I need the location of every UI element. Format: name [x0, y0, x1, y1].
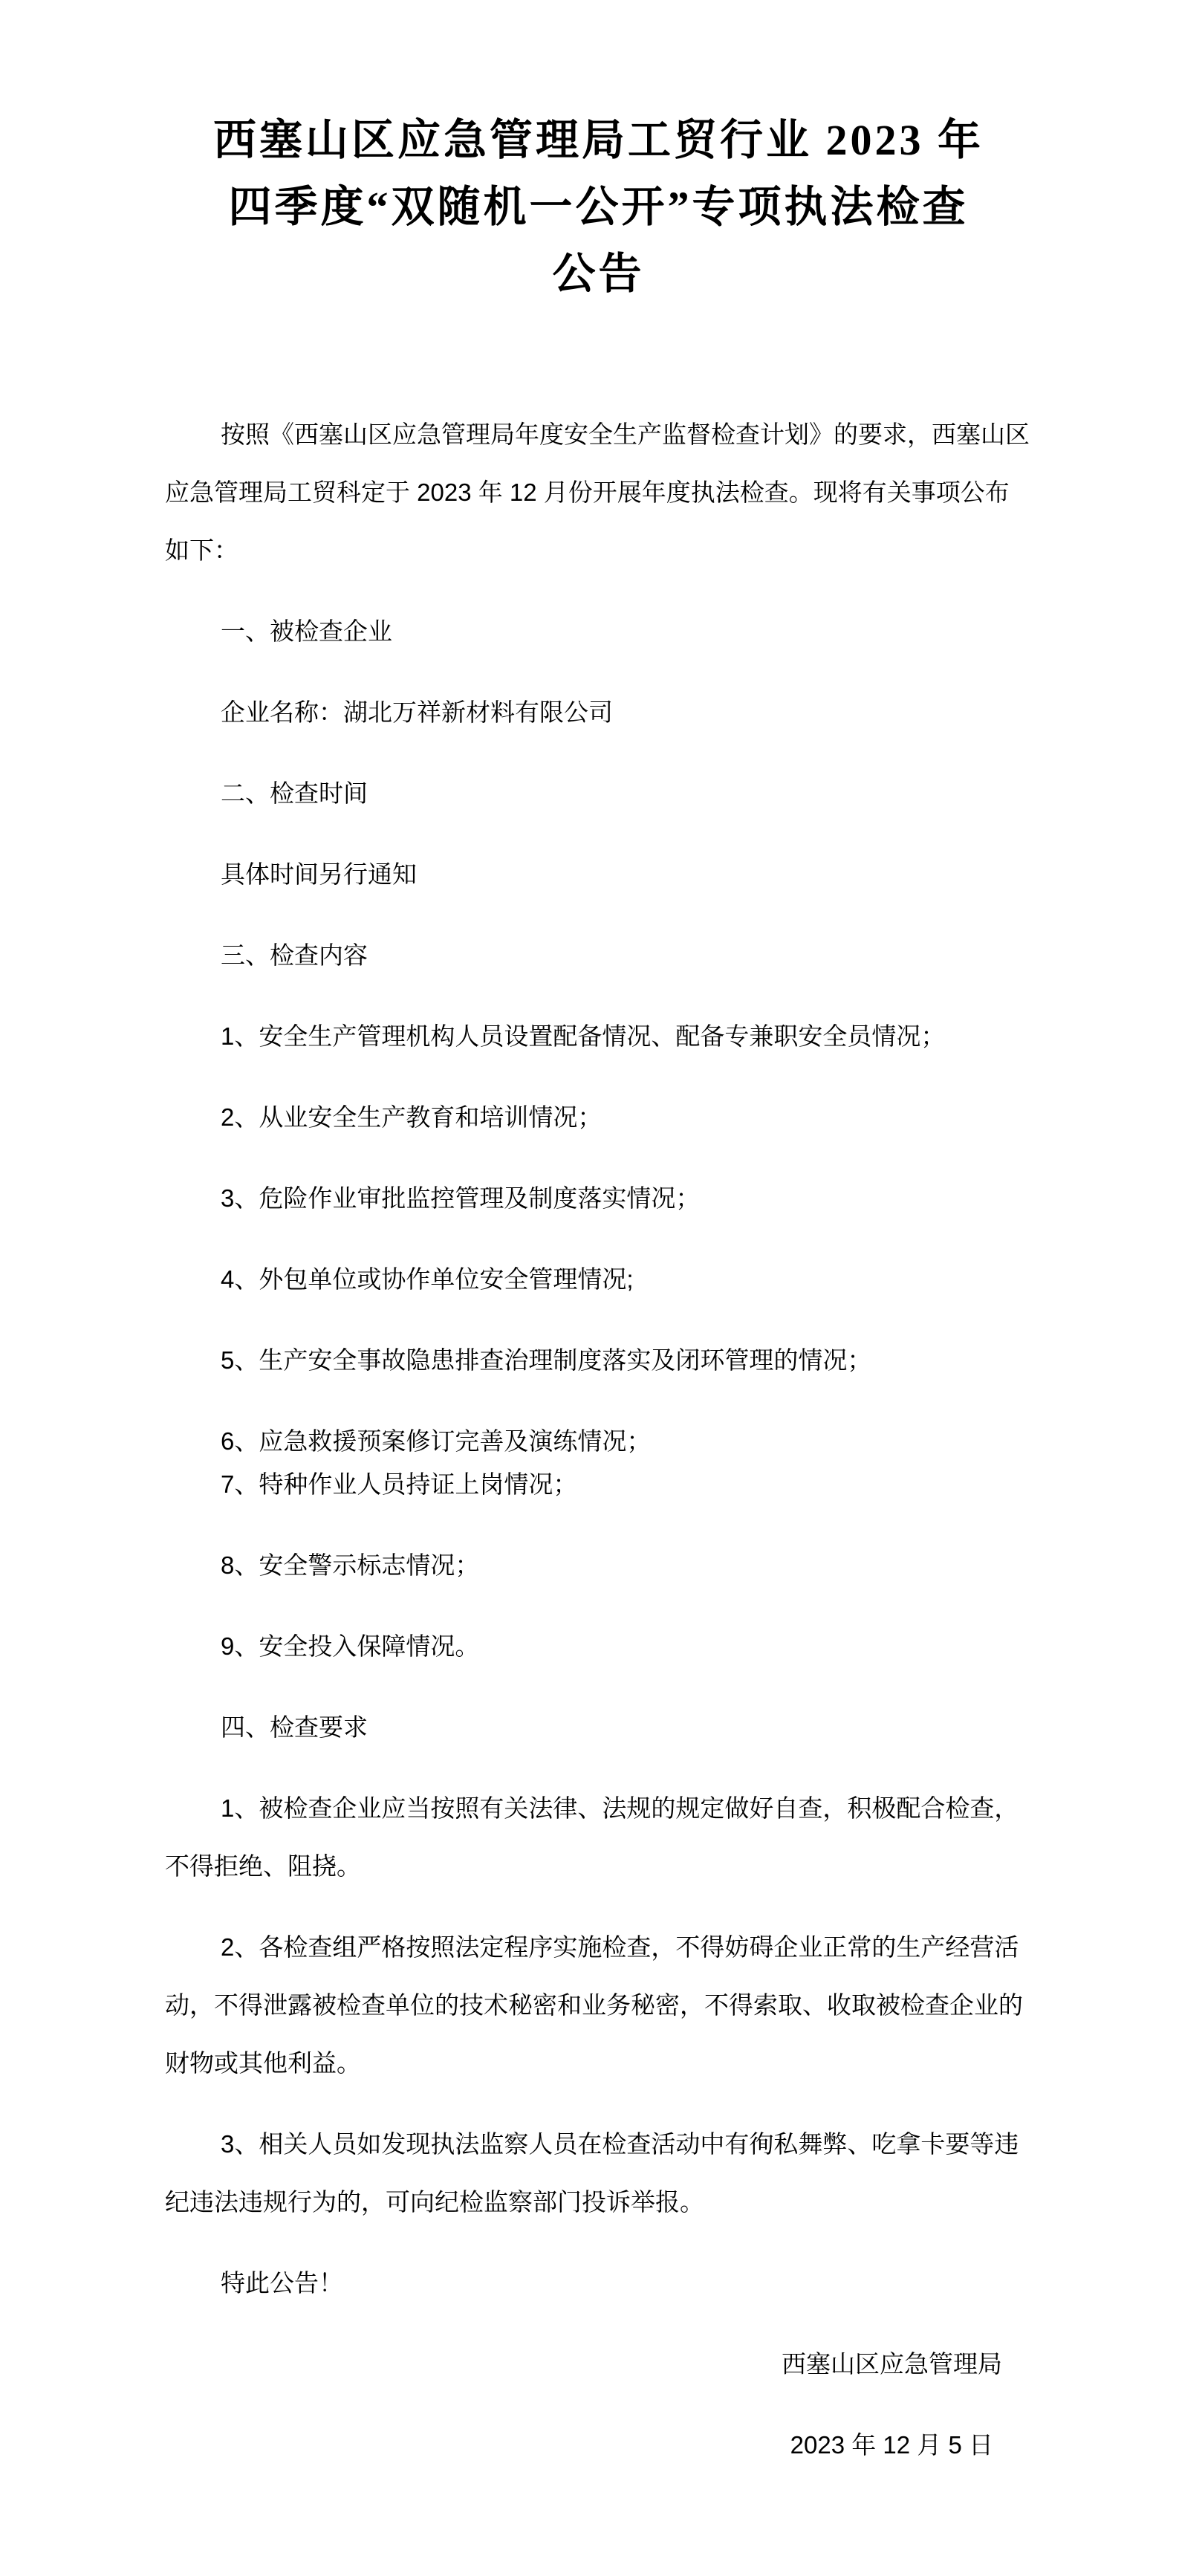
requirement-2: 2、各检查组严格按照法定程序实施检查，不得妨碍企业正常的生产经营活动，不得泄露被… — [165, 1918, 1032, 2092]
check-item-9: 9、安全投入保障情况。 — [165, 1618, 1032, 1675]
date: 2023 年 12 月 5 日 — [165, 2416, 993, 2474]
requirement-3: 3、相关人员如发现执法监察人员在检查活动中有徇私舞弊、吃拿卡要等违纪违法违规行为… — [165, 2115, 1032, 2231]
section-2-heading: 二、检查时间 — [165, 765, 1032, 823]
section-4-heading: 四、检查要求 — [165, 1699, 1032, 1756]
requirement-1: 1、被检查企业应当按照有关法律、法规的规定做好自查，积极配合检查，不得拒绝、阻挠… — [165, 1779, 1032, 1895]
intro-paragraph: 按照《西塞山区应急管理局年度安全生产监督检查计划》的要求，西塞山区应急管理局工贸… — [165, 406, 1032, 580]
signature: 西塞山区应急管理局 — [165, 2335, 1002, 2393]
title-line-2: 四季度“双随机一公开”专项执法检查 — [165, 174, 1032, 241]
check-item-5: 5、生产安全事故隐患排查治理制度落实及闭环管理的情况； — [165, 1331, 1032, 1389]
check-item-3: 3、危险作业审批监控管理及制度落实情况； — [165, 1169, 1032, 1227]
closing-line: 特此公告！ — [165, 2254, 1032, 2312]
title-line-3: 公告 — [165, 241, 1032, 308]
check-item-8: 8、安全警示标志情况； — [165, 1537, 1032, 1594]
title-line-1: 西塞山区应急管理局工贸行业 2023 年 — [165, 107, 1032, 174]
document-page: 西塞山区应急管理局工贸行业 2023 年 四季度“双随机一公开”专项执法检查 公… — [0, 0, 1179, 2576]
check-item-4: 4、外包单位或协作单位安全管理情况; — [165, 1250, 1032, 1308]
time-note-line: 具体时间另行通知 — [165, 846, 1032, 903]
company-name-line: 企业名称：湖北万祥新材料有限公司 — [165, 684, 1032, 742]
section-1-heading: 一、被检查企业 — [165, 603, 1032, 661]
document-title: 西塞山区应急管理局工贸行业 2023 年 四季度“双随机一公开”专项执法检查 公… — [165, 107, 1032, 308]
check-item-1: 1、安全生产管理机构人员设置配备情况、配备专兼职安全员情况； — [165, 1008, 1032, 1065]
check-item-2: 2、从业安全生产教育和培训情况； — [165, 1089, 1032, 1146]
section-3-heading: 三、检查内容 — [165, 927, 1032, 984]
document-body: 按照《西塞山区应急管理局年度安全生产监督检查计划》的要求，西塞山区应急管理局工贸… — [165, 406, 1032, 2474]
